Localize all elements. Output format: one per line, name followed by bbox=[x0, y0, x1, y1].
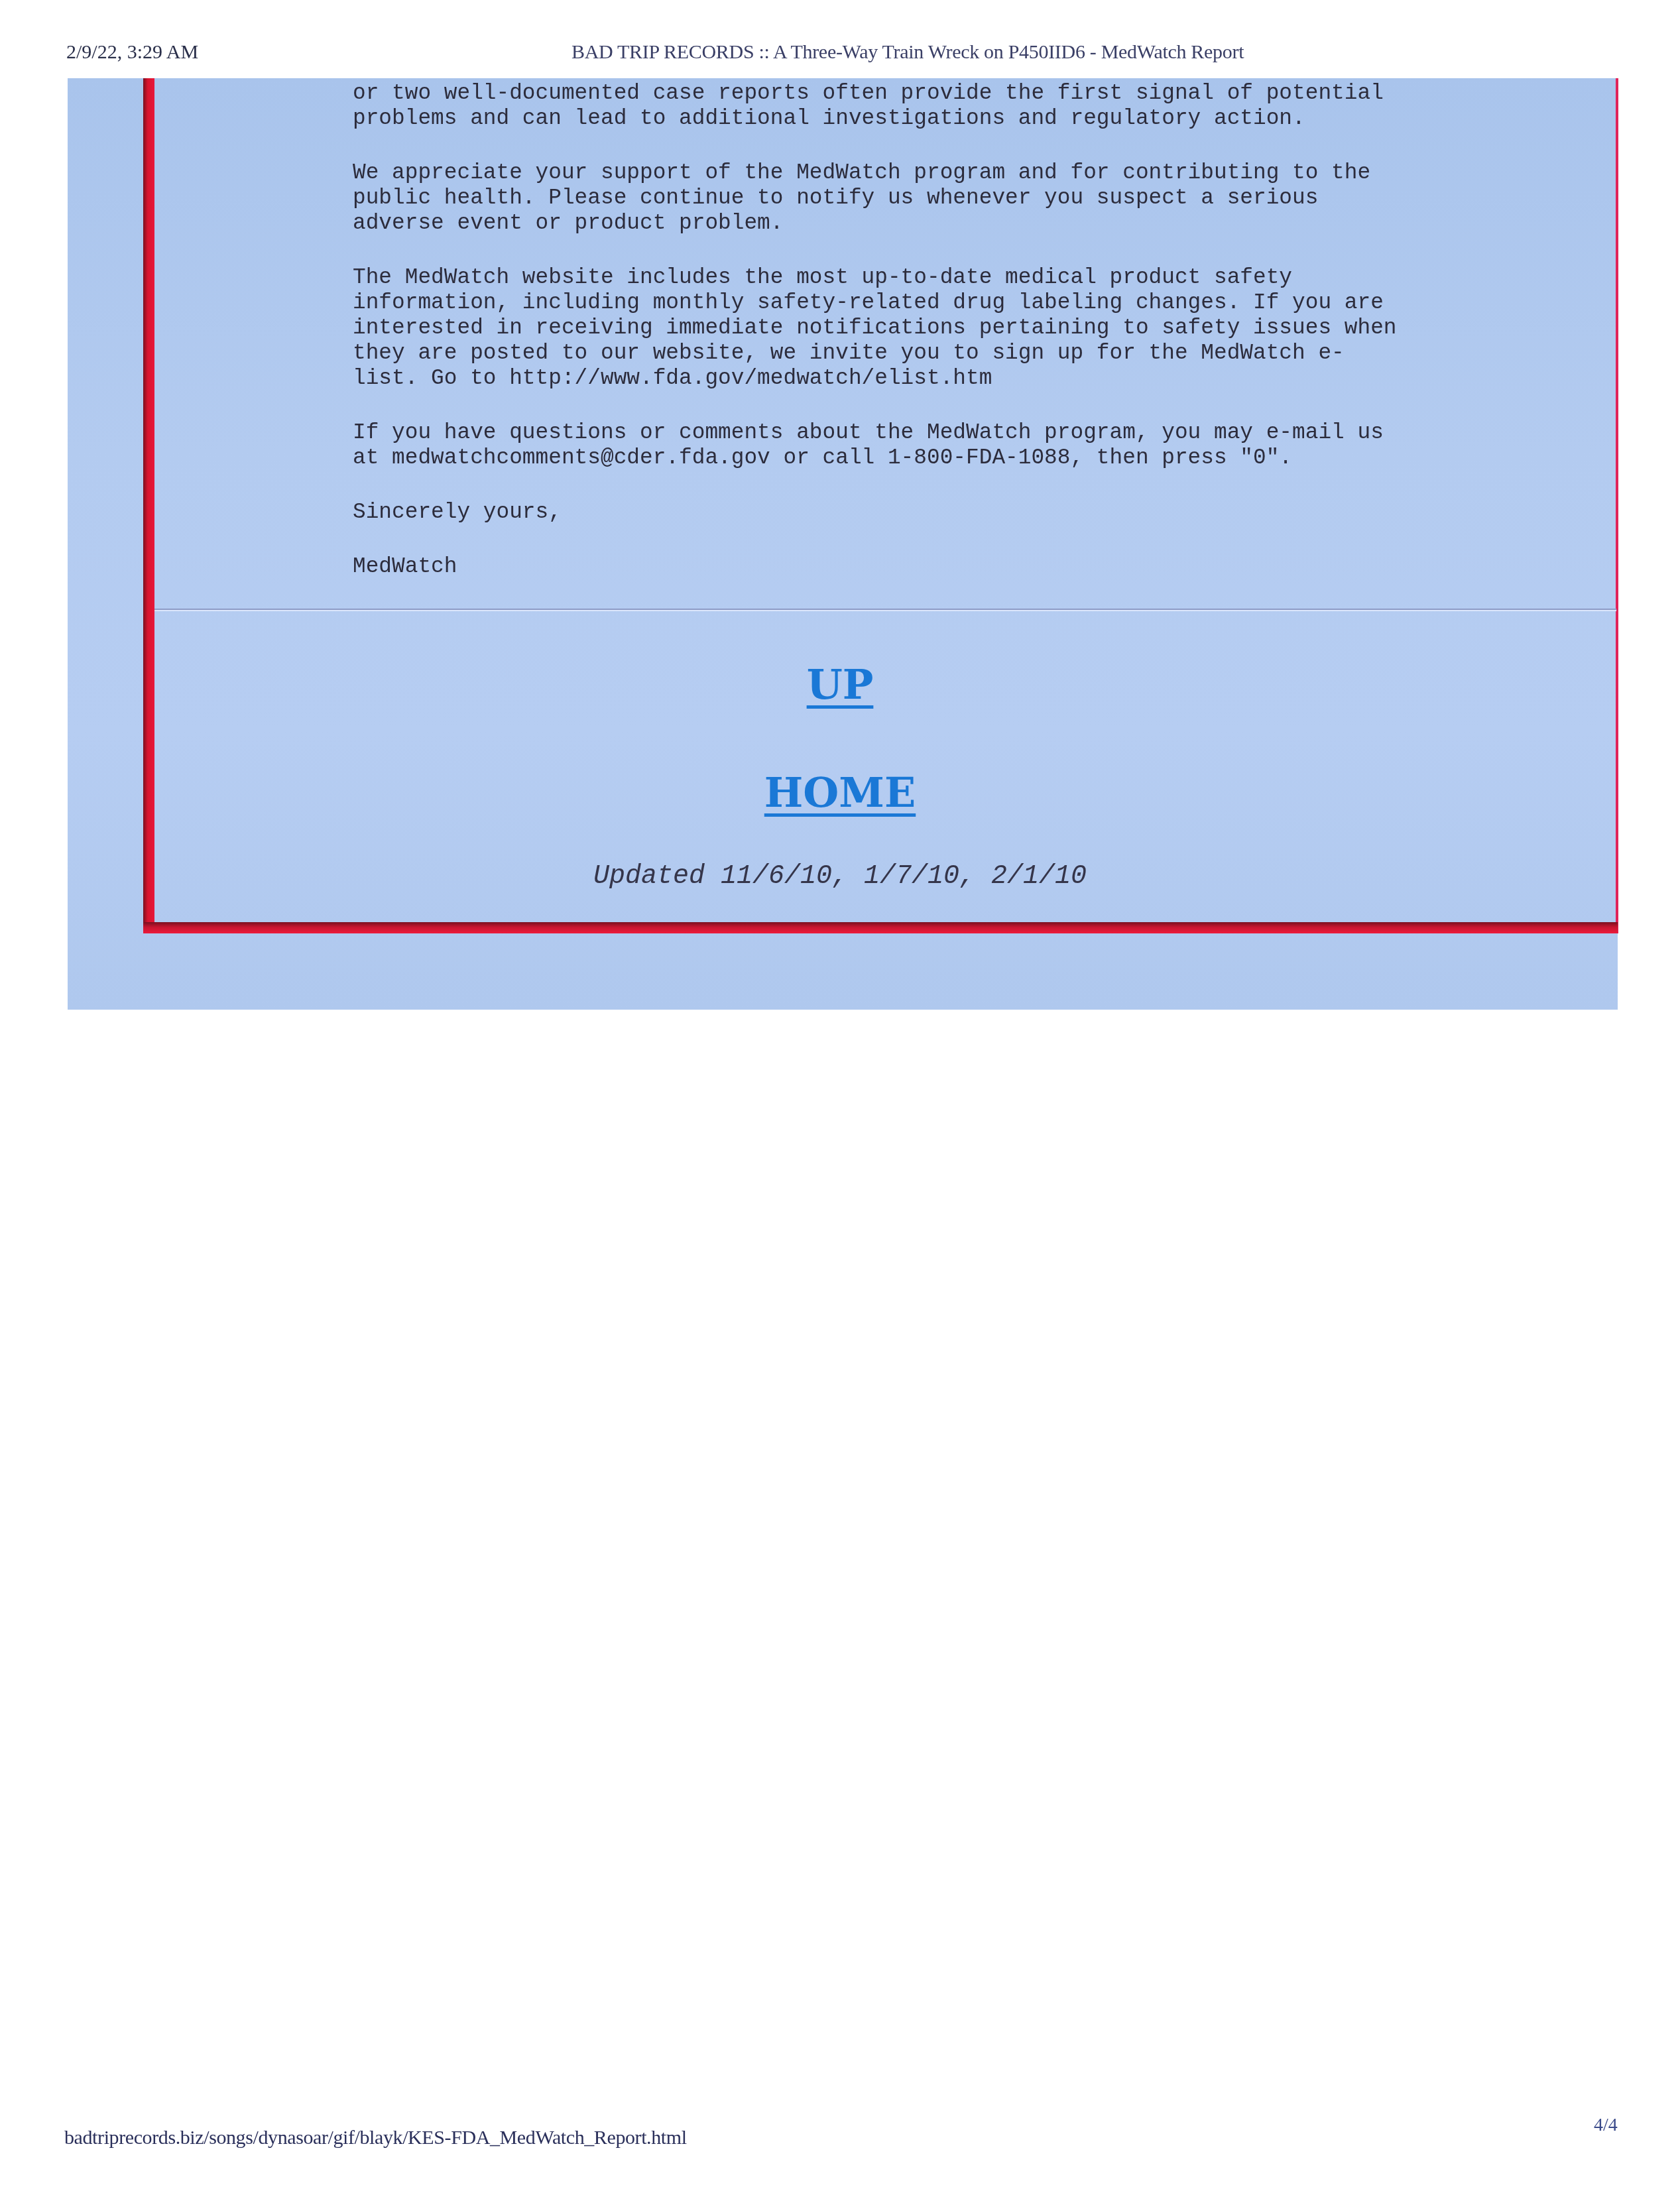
letter-paragraph-contact: If you have questions or comments about … bbox=[353, 420, 1599, 471]
red-frame-bottom bbox=[143, 922, 1618, 933]
letter-closing: Sincerely yours, bbox=[353, 500, 1599, 525]
letter-paragraph-website: The MedWatch website includes the most u… bbox=[353, 265, 1599, 391]
horizontal-divider bbox=[154, 609, 1616, 610]
print-header-date: 2/9/22, 3:29 AM bbox=[66, 41, 198, 64]
letter-paragraph-appreciation: We appreciate your support of the MedWat… bbox=[353, 160, 1599, 236]
letter-paragraph-signal: or two well-documented case reports ofte… bbox=[353, 81, 1599, 131]
letter-signature: MedWatch bbox=[353, 554, 1599, 579]
home-link[interactable]: HOME bbox=[0, 768, 1680, 817]
up-link[interactable]: UP bbox=[0, 660, 1680, 709]
print-footer-page-number: 4/4 bbox=[1594, 2115, 1618, 2136]
updated-dates: Updated 11/6/10, 1/7/10, 2/1/10 bbox=[0, 862, 1680, 892]
print-footer-url: badtriprecords.biz/songs/dynasoar/gif/bl… bbox=[64, 2127, 687, 2149]
medwatch-letter-body: or two well-documented case reports ofte… bbox=[353, 81, 1599, 609]
print-header-title: BAD TRIP RECORDS :: A Three-Way Train Wr… bbox=[571, 41, 1244, 64]
